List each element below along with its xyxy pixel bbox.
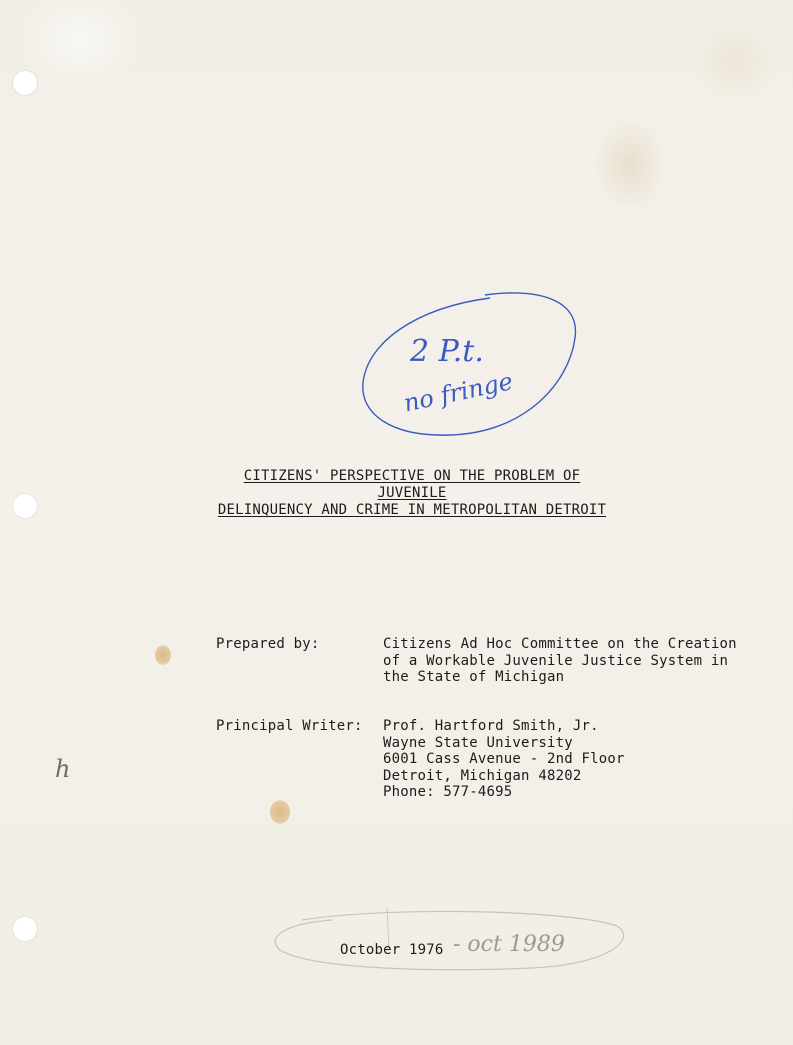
document-date: October 1976 bbox=[340, 942, 444, 958]
pencil-oval bbox=[272, 908, 628, 972]
prepared-by-line: Citizens Ad Hoc Committee on the Creatio… bbox=[383, 636, 737, 653]
margin-pencil-mark: h bbox=[55, 755, 70, 783]
pencil-date-note: - oct 1989 bbox=[453, 932, 565, 957]
principal-writer-label: Principal Writer: bbox=[216, 718, 363, 735]
title-line-2: DELINQUENCY AND CRIME IN METROPOLITAN DE… bbox=[218, 502, 606, 518]
prepared-by-value: Citizens Ad Hoc Committee on the Creatio… bbox=[383, 636, 737, 686]
prepared-by-line: of a Workable Juvenile Justice System in bbox=[383, 653, 737, 670]
stain-spot bbox=[270, 800, 290, 824]
paper-background bbox=[0, 0, 793, 1045]
writer-city: Detroit, Michigan 48202 bbox=[383, 768, 625, 785]
note-line-2: no fringe bbox=[401, 367, 515, 417]
title-line-1: CITIZENS' PERSPECTIVE ON THE PROBLEM OF … bbox=[244, 468, 581, 501]
stain-spot bbox=[155, 645, 171, 665]
writer-institution: Wayne State University bbox=[383, 735, 625, 752]
prepared-by-label: Prepared by: bbox=[216, 636, 320, 653]
writer-phone: Phone: 577-4695 bbox=[383, 784, 625, 801]
punch-hole-bottom bbox=[13, 917, 37, 941]
handwritten-circled-note: 2 P.t. no fringe bbox=[355, 283, 585, 443]
note-line-1: 2 P.t. bbox=[409, 334, 484, 369]
document-title: CITIZENS' PERSPECTIVE ON THE PROBLEM OF … bbox=[207, 468, 617, 519]
punch-hole-top bbox=[13, 71, 37, 95]
punch-hole-middle bbox=[13, 494, 37, 518]
prepared-by-line: the State of Michigan bbox=[383, 669, 737, 686]
writer-street: 6001 Cass Avenue - 2nd Floor bbox=[383, 751, 625, 768]
writer-name: Prof. Hartford Smith, Jr. bbox=[383, 718, 625, 735]
principal-writer-value: Prof. Hartford Smith, Jr. Wayne State Un… bbox=[383, 718, 625, 801]
